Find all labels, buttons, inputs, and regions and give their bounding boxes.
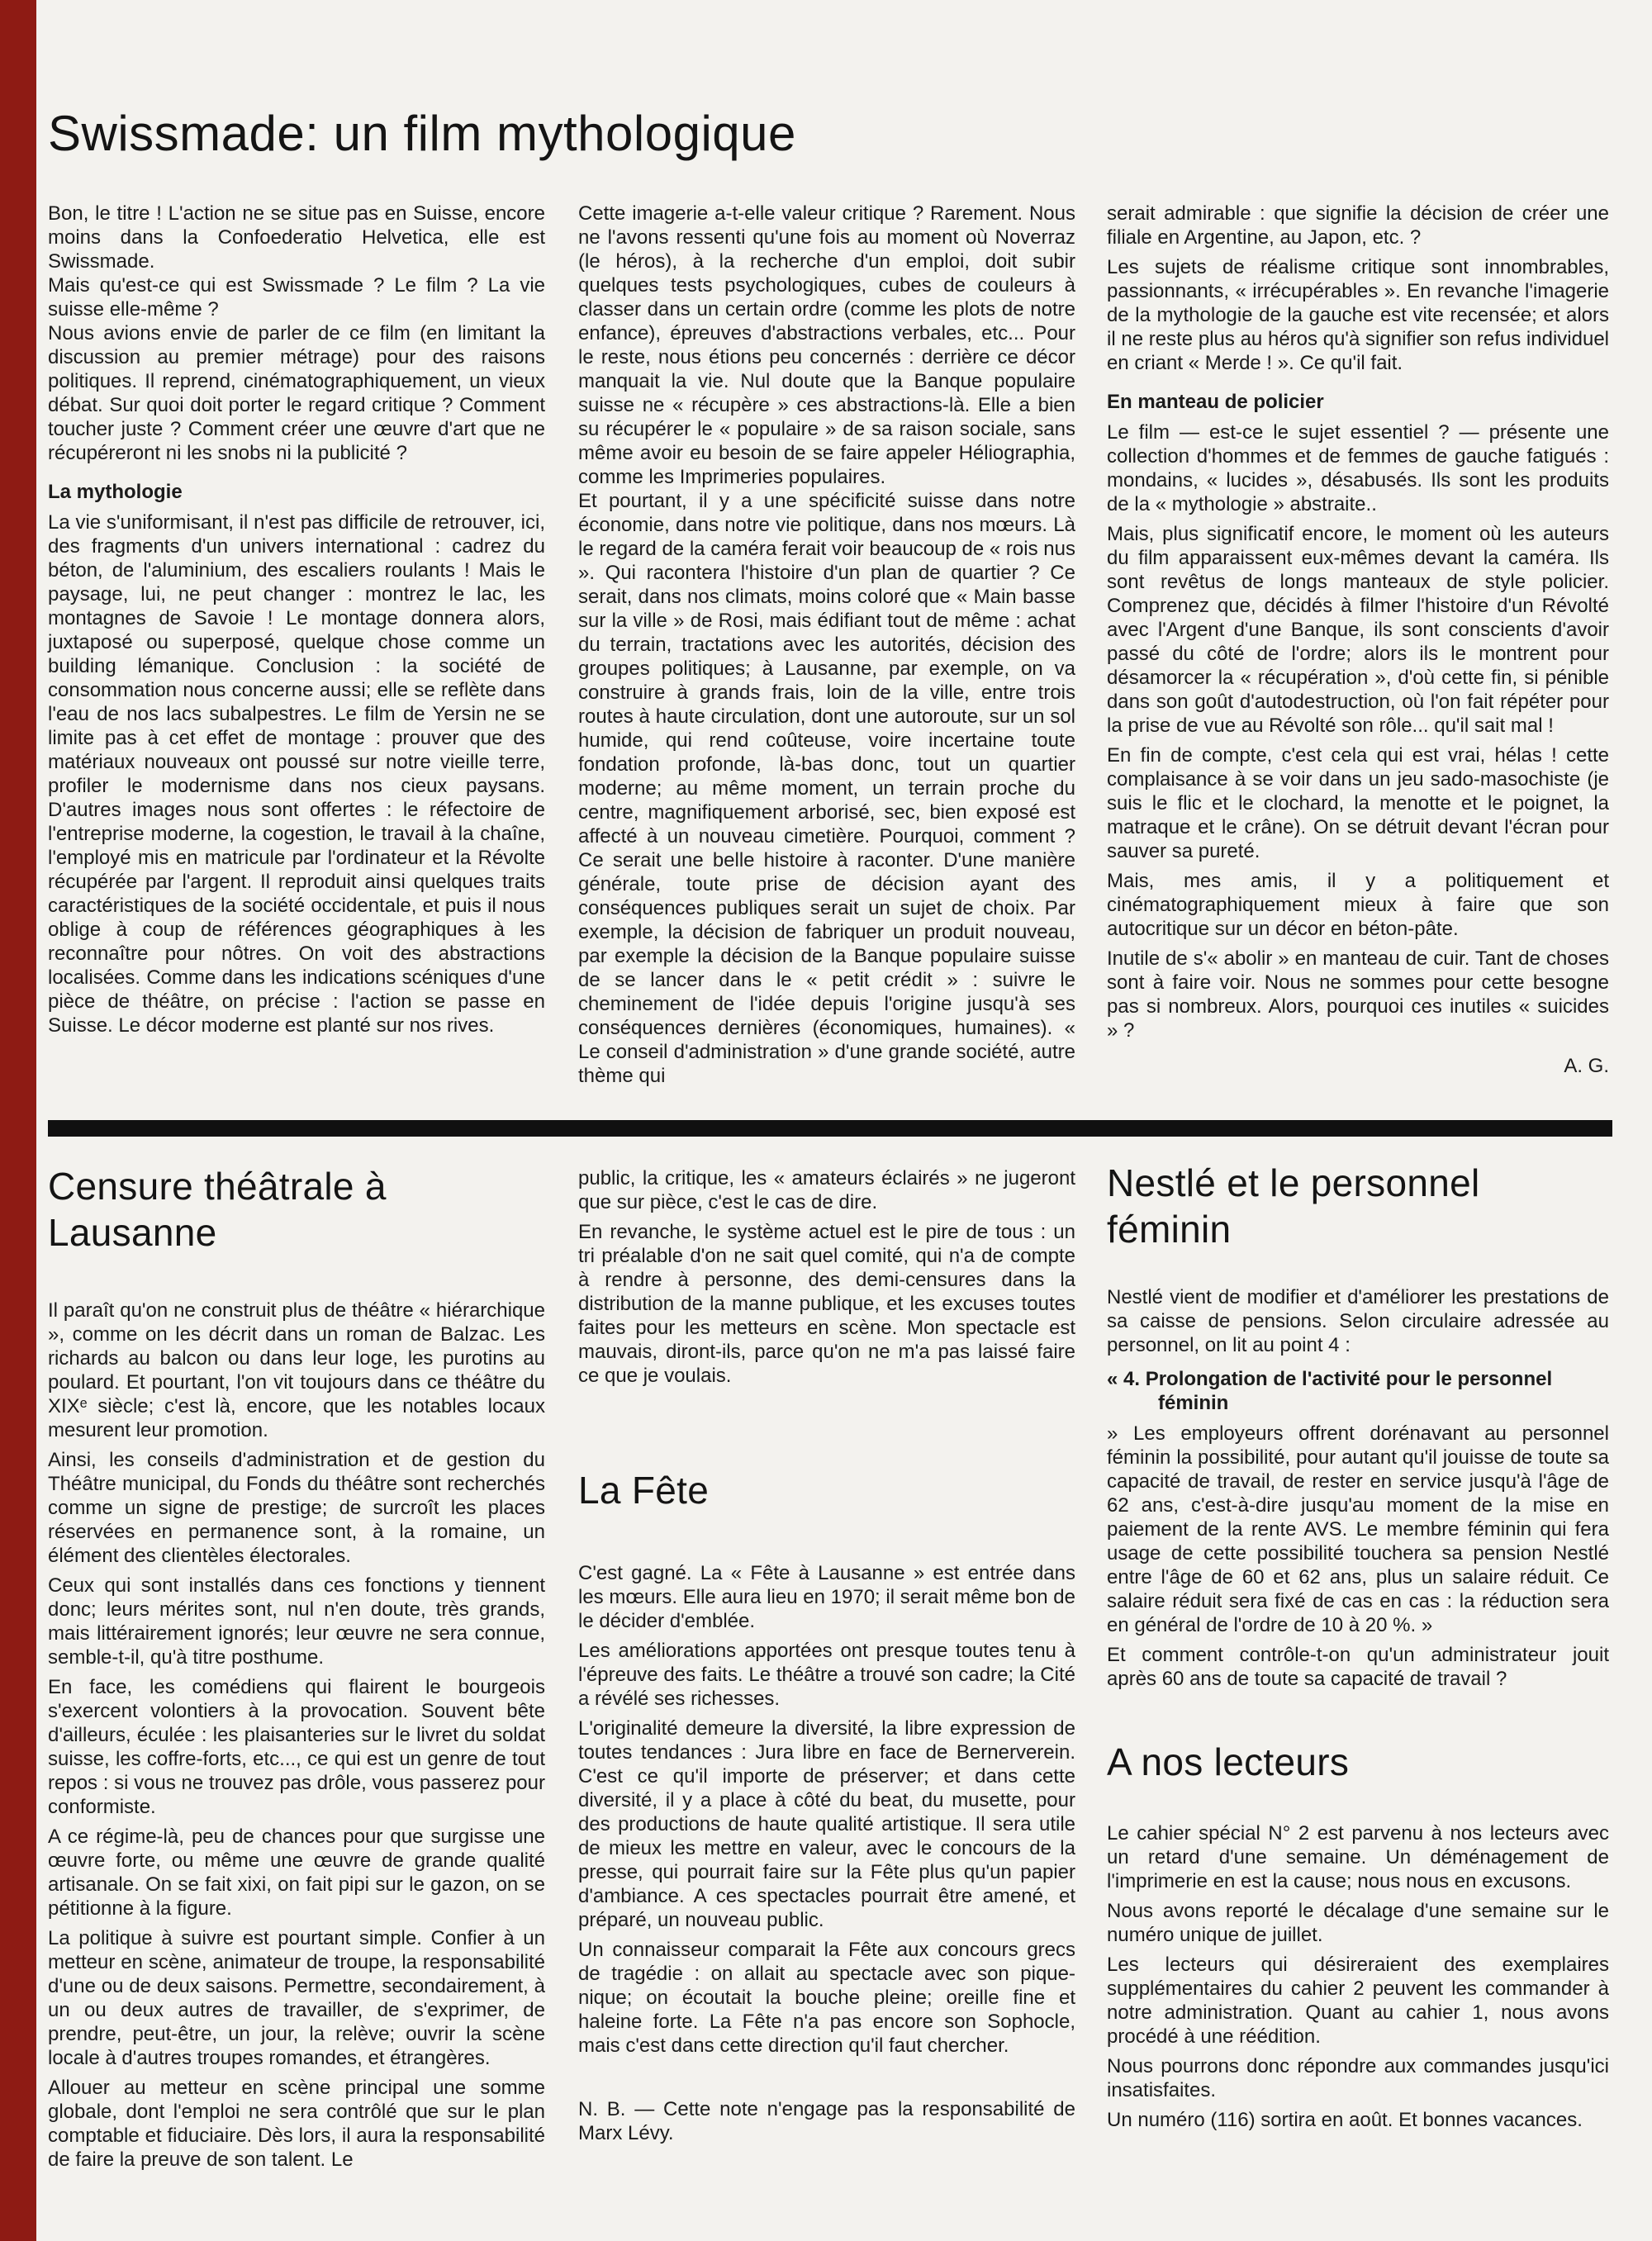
paragraph: En face, les comédiens qui flairent le b…: [48, 1675, 545, 1819]
paragraph: Nestlé vient de modifier et d'améliorer …: [1107, 1285, 1609, 1357]
page-edge-accent-bar: [0, 0, 36, 2241]
article-censure-column-1: Censure théâtrale à Lausanne Il paraît q…: [48, 1163, 545, 2172]
paragraph: Nous avons reporté le décalage d'une sem…: [1107, 1899, 1609, 1947]
byline: A. G.: [1107, 1054, 1609, 1078]
paragraph: Et pourtant, il y a une spécificité suis…: [578, 489, 1075, 1088]
page-title: Swissmade: un film mythologique: [48, 106, 1287, 162]
swissmade-col1-intro: Bon, le titre ! L'action ne se situe pas…: [48, 202, 545, 465]
paragraph: » Les employeurs offrent dorénavant au p…: [1107, 1422, 1609, 1637]
paragraph: Mais, plus significatif encore, le momen…: [1107, 522, 1609, 738]
bottom-middle-column: public, la critique, les « amateurs écla…: [578, 1166, 1075, 2145]
paragraph: Mais qu'est-ce qui est Swissmade ? Le fi…: [48, 273, 545, 321]
paragraph: Bon, le titre ! L'action ne se situe pas…: [48, 202, 545, 273]
censure-col2-body: public, la critique, les « amateurs écla…: [578, 1166, 1075, 1388]
article-swissmade-column-3: serait admirable : que signifie la décis…: [1107, 202, 1609, 1078]
paragraph: Il paraît qu'on ne construit plus de thé…: [48, 1299, 545, 1442]
article-swissmade-column-1: Bon, le titre ! L'action ne se situe pas…: [48, 202, 545, 1037]
swissmade-col3-body: Le film — est-ce le sujet essentiel ? — …: [1107, 420, 1609, 1042]
paragraph: Cette imagerie a-t-elle valeur critique …: [578, 202, 1075, 489]
paragraph: Nous avions envie de parler de ce film (…: [48, 321, 545, 465]
newspaper-page: { "page": { "background": "#f3f2ee", "ac…: [0, 0, 1652, 2241]
paragraph: L'originalité demeure la diversité, la l…: [578, 1716, 1075, 1932]
nestle-body: » Les employeurs offrent dorénavant au p…: [1107, 1422, 1609, 1691]
paragraph: En revanche, le système actuel est le pi…: [578, 1220, 1075, 1388]
paragraph: La politique à suivre est pourtant simpl…: [48, 1926, 545, 2070]
nestle-circular-point-heading: « 4. Prolongation de l'activité pour le …: [1107, 1367, 1609, 1415]
paragraph: Et comment contrôle-t-on qu'un administr…: [1107, 1643, 1609, 1691]
paragraph: La vie s'uniformisant, il n'est pas diff…: [48, 510, 545, 1037]
paragraph: Les lecteurs qui désireraient des exempl…: [1107, 1953, 1609, 2049]
paragraph: Ainsi, les conseils d'administration et …: [48, 1448, 545, 1568]
bottom-right-column: Nestlé et le personnel féminin Nestlé vi…: [1107, 1160, 1609, 2132]
paragraph: Le film — est-ce le sujet essentiel ? — …: [1107, 420, 1609, 516]
paragraph: Un connaisseur comparait la Fête aux con…: [578, 1938, 1075, 2058]
fete-title: La Fête: [578, 1467, 1075, 1513]
paragraph: Les sujets de réalisme critique sont inn…: [1107, 255, 1609, 375]
article-swissmade-column-2: Cette imagerie a-t-elle valeur critique …: [578, 202, 1075, 1088]
paragraph: Inutile de s'« abolir » en manteau de cu…: [1107, 947, 1609, 1042]
paragraph: C'est gagné. La « Fête à Lausanne » est …: [578, 1561, 1075, 1633]
subhead-en-manteau-de-policier: En manteau de policier: [1107, 390, 1609, 414]
paragraph: serait admirable : que signifie la décis…: [1107, 202, 1609, 249]
paragraph: public, la critique, les « amateurs écla…: [578, 1166, 1075, 1214]
subhead-la-mythologie: La mythologie: [48, 480, 545, 504]
fete-editor-note: N. B. — Cette note n'engage pas la respo…: [578, 2097, 1075, 2145]
nestle-intro: Nestlé vient de modifier et d'améliorer …: [1107, 1285, 1609, 1357]
censure-title: Censure théâtrale à Lausanne: [48, 1163, 545, 1256]
swissmade-col3-intro: serait admirable : que signifie la décis…: [1107, 202, 1609, 375]
lecteurs-body: Le cahier spécial N° 2 est parvenu à nos…: [1107, 1821, 1609, 2132]
paragraph: Le cahier spécial N° 2 est parvenu à nos…: [1107, 1821, 1609, 1893]
paragraph: En fin de compte, c'est cela qui est vra…: [1107, 743, 1609, 863]
paragraph: Nous pourrons donc répondre aux commande…: [1107, 2054, 1609, 2102]
swissmade-col2-body: Cette imagerie a-t-elle valeur critique …: [578, 202, 1075, 1088]
paragraph: Ceux qui sont installés dans ces fonctio…: [48, 1574, 545, 1669]
paragraph: Les améliorations apportées ont presque …: [578, 1639, 1075, 1711]
nestle-title: Nestlé et le personnel féminin: [1107, 1160, 1609, 1252]
paragraph: Un numéro (116) sortira en août. Et bonn…: [1107, 2108, 1609, 2132]
paragraph: Mais, mes amis, il y a politiquement et …: [1107, 869, 1609, 941]
swissmade-col1-body: La vie s'uniformisant, il n'est pas diff…: [48, 510, 545, 1037]
paragraph: Allouer au metteur en scène principal un…: [48, 2076, 545, 2172]
paragraph: A ce régime-là, peu de chances pour que …: [48, 1825, 545, 1921]
fete-body: C'est gagné. La « Fête à Lausanne » est …: [578, 1561, 1075, 2058]
section-divider-rule: [48, 1120, 1612, 1137]
lecteurs-title: A nos lecteurs: [1107, 1739, 1609, 1785]
censure-col1-body: Il paraît qu'on ne construit plus de thé…: [48, 1299, 545, 2172]
